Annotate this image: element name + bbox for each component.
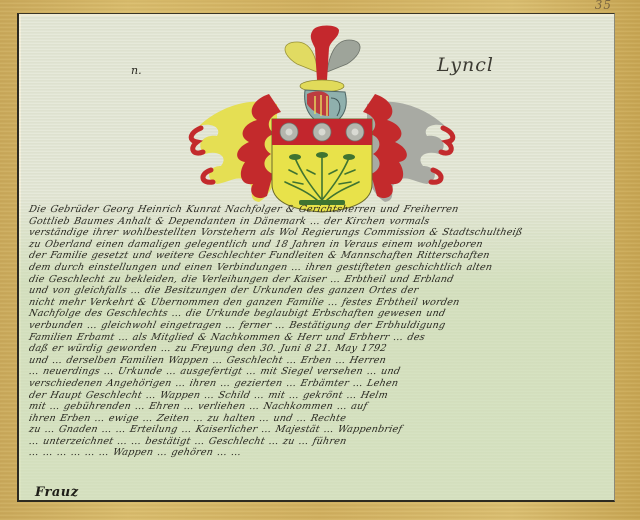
text-line: ... ... ... ... ... ... Wappen ... gehör… bbox=[28, 447, 608, 459]
text-line: dem durch einstellungen und einen Verbin… bbox=[28, 262, 608, 274]
manuscript-page: n. Lyncl bbox=[17, 13, 615, 502]
text-line: der Haupt Geschlecht ... Wappen ... Schi… bbox=[28, 390, 608, 402]
text-line: ... neuerdings ... Urkunde ... ausgefert… bbox=[28, 366, 608, 378]
text-line: ihren Erben ... ewige ... Zeiten ... zu … bbox=[28, 413, 608, 425]
crest-feathers bbox=[285, 26, 360, 81]
text-line: zu ... Gnaden ... ... Erteilung ... Kais… bbox=[28, 424, 608, 436]
text-line: ... unterzeichnet ... ... bestätigt ... … bbox=[28, 436, 608, 448]
text-line: nicht mehr Verkehrt & Übernommen den gan… bbox=[28, 297, 608, 309]
text-line: daß er würdig geworden ... zu Freyung de… bbox=[28, 343, 608, 355]
mantling-right bbox=[363, 94, 453, 202]
entry-marker: n. bbox=[131, 64, 142, 77]
text-line: zu Oberland einen damaligen gelegentlich… bbox=[28, 239, 608, 251]
mantling-left bbox=[191, 94, 281, 202]
coat-of-arms-icon bbox=[177, 24, 467, 214]
text-line: mit ... gebührenden ... Ehren ... verlie… bbox=[28, 401, 608, 413]
text-line: Nachfolge des Geschlechts ... die Urkund… bbox=[28, 308, 608, 320]
text-line: der Familie gesetzt und weitere Geschlec… bbox=[28, 250, 608, 262]
text-line: verständige ihrer wohlbestellten Vorsteh… bbox=[28, 227, 608, 239]
text-line: Gottlieb Baumes Anhalt & Dependanten in … bbox=[28, 216, 608, 228]
text-line: Familien Erbamt ... als Mitglied & Nachk… bbox=[28, 332, 608, 344]
manuscript-text: Die Gebrüder Georg Heinrich Kunrat Nachf… bbox=[29, 204, 607, 459]
text-line: Die Gebrüder Georg Heinrich Kunrat Nachf… bbox=[28, 204, 608, 216]
text-line: und ... derselben Familien Wappen ... Ge… bbox=[28, 355, 608, 367]
signature: Frauz bbox=[35, 485, 79, 500]
page-number: 35 bbox=[595, 0, 612, 12]
text-line: und von gleichfalls ... die Besitzungen … bbox=[28, 285, 608, 297]
text-line: verschiedenen Angehörigen ... ihren ... … bbox=[28, 378, 608, 390]
helm bbox=[300, 80, 346, 124]
text-line: die Geschlecht zu bekleiden, die Verleih… bbox=[28, 274, 608, 286]
shield bbox=[272, 119, 372, 212]
text-line: verbunden ... gleichwohl eingetragen ...… bbox=[28, 320, 608, 332]
